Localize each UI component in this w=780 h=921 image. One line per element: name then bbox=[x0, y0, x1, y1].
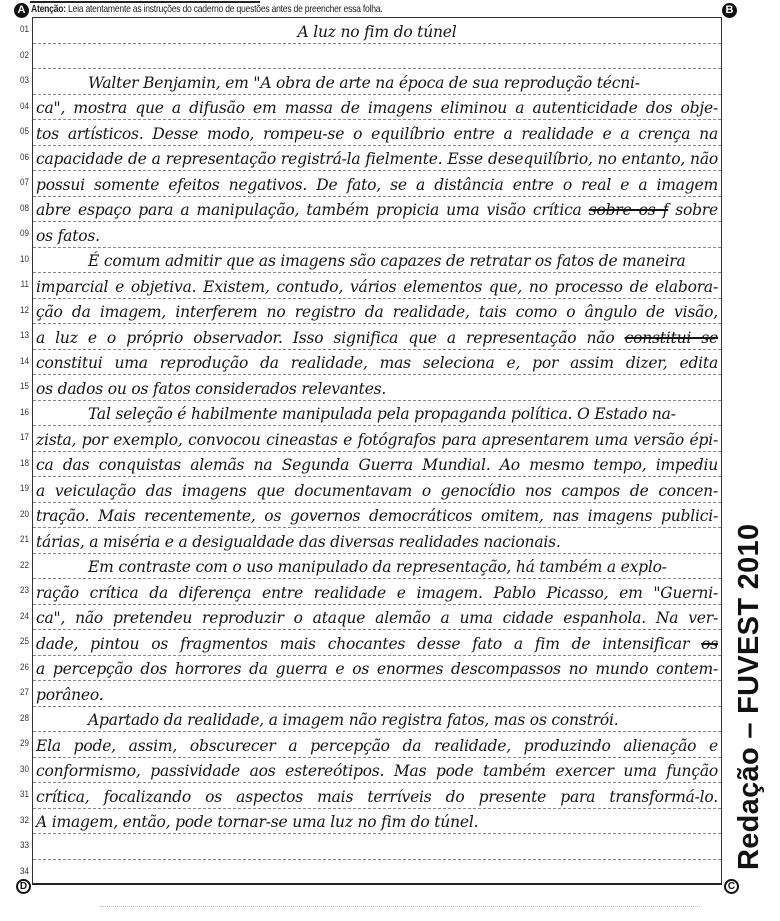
line-number: 02 bbox=[15, 50, 29, 61]
instructions-label: Atenção: bbox=[31, 3, 66, 15]
line-number: 25 bbox=[15, 636, 29, 647]
line-text-content: os fatos. bbox=[36, 227, 100, 245]
line-text: conformismo, passividade aos estereótipo… bbox=[36, 761, 718, 781]
struck-out-text: os bbox=[701, 635, 718, 653]
essay-line: 29Ela pode, assim, obscurecer a percepçã… bbox=[33, 732, 721, 758]
line-number: 24 bbox=[15, 611, 29, 622]
line-number: 18 bbox=[15, 458, 29, 469]
essay-line: 24ca", não pretendeu reproduzir o ataque… bbox=[33, 605, 721, 631]
line-text-content: A luz no fim do túnel bbox=[297, 23, 456, 41]
line-number: 32 bbox=[15, 815, 29, 826]
essay-line: 04ca", mostra que a difusão em massa de … bbox=[33, 95, 721, 121]
line-number: 34 bbox=[15, 866, 29, 877]
line-text-content: conformismo, passividade aos estereótipo… bbox=[36, 762, 718, 780]
essay-line: 26a percepção dos horrores da guerra e o… bbox=[33, 656, 721, 682]
line-number: 23 bbox=[15, 585, 29, 596]
line-number: 15 bbox=[15, 381, 29, 392]
line-text: dade, pintou os fragmentos mais chocante… bbox=[36, 634, 718, 654]
line-text-content: ção da imagem, interferem no registro da… bbox=[36, 303, 718, 321]
line-number: 06 bbox=[15, 152, 29, 163]
instructions-note: Atenção: Leia atentamente as instruções … bbox=[31, 3, 382, 15]
line-number: 30 bbox=[15, 764, 29, 775]
line-number: 12 bbox=[15, 305, 29, 316]
line-number: 33 bbox=[15, 840, 29, 851]
line-text-content: a luz e o próprio observador. Isso signi… bbox=[36, 329, 614, 347]
line-text: os dados ou os fatos considerados releva… bbox=[36, 379, 718, 399]
line-text: ca", não pretendeu reproduzir o ataque a… bbox=[36, 608, 718, 628]
essay-line: 30conformismo, passividade aos estereóti… bbox=[33, 758, 721, 784]
line-text: abre espaço para a manipulação, também p… bbox=[36, 200, 718, 220]
line-text-content: a veiculação das imagens que documentava… bbox=[36, 482, 718, 500]
instructions-text: Leia atentamente as instruções do cadern… bbox=[68, 3, 382, 15]
line-number: 01 bbox=[15, 24, 29, 35]
line-text: Em contraste com o uso manipulado da rep… bbox=[36, 557, 718, 577]
essay-line: 15os dados ou os fatos considerados rele… bbox=[33, 375, 721, 401]
line-text-content: porâneo. bbox=[36, 686, 103, 704]
line-text-content: tos artísticos. Desse modo, rompeu-se o … bbox=[36, 125, 718, 143]
essay-line: 33 bbox=[33, 834, 721, 860]
essay-line: 10É comum admitir que as imagens são cap… bbox=[33, 248, 721, 274]
line-text: Walter Benjamin, em "A obra de arte na é… bbox=[36, 73, 718, 93]
line-text: tárias, a miséria e a desigualdade das d… bbox=[36, 532, 718, 552]
line-text: ca", mostra que a difusão em massa de im… bbox=[36, 98, 718, 118]
line-text: os fatos. bbox=[36, 226, 718, 246]
line-text-content: Em contraste com o uso manipulado da rep… bbox=[88, 558, 667, 576]
line-text: tos artísticos. Desse modo, rompeu-se o … bbox=[36, 124, 718, 144]
line-number: 13 bbox=[15, 330, 29, 341]
line-number: 05 bbox=[15, 126, 29, 137]
line-text: É comum admitir que as imagens são capaz… bbox=[36, 251, 718, 271]
line-number: 21 bbox=[15, 534, 29, 545]
corner-marker-b: B bbox=[722, 3, 737, 18]
essay-line: 32A imagem, então, pode tornar-se uma lu… bbox=[33, 809, 721, 835]
line-number: 22 bbox=[15, 560, 29, 571]
corner-marker-c: C bbox=[724, 879, 739, 894]
essay-line: 27porâneo. bbox=[33, 681, 721, 707]
line-text-content: É comum admitir que as imagens são capaz… bbox=[88, 252, 686, 270]
line-number: 29 bbox=[15, 738, 29, 749]
line-text: crítica, focalizando os aspectos mais te… bbox=[36, 787, 718, 807]
line-text-content: ca", não pretendeu reproduzir o ataque a… bbox=[36, 609, 718, 627]
line-number: 28 bbox=[15, 713, 29, 724]
essay-line: 31crítica, focalizando os aspectos mais … bbox=[33, 783, 721, 809]
line-text: zista, por exemplo, convocou cineastas e… bbox=[36, 430, 718, 450]
line-text-content: Apartado da realidade, a imagem não regi… bbox=[88, 711, 618, 729]
line-text: ração crítica da diferença entre realida… bbox=[36, 583, 718, 603]
essay-line: 08abre espaço para a manipulação, também… bbox=[33, 197, 721, 223]
line-text-content: A imagem, então, pode tornar-se uma luz … bbox=[36, 813, 478, 831]
struck-out-text: sobre os f bbox=[589, 201, 668, 219]
essay-line: 19a veiculação das imagens que documenta… bbox=[33, 477, 721, 503]
essay-line: 17zista, por exemplo, convocou cineastas… bbox=[33, 426, 721, 452]
line-number: 31 bbox=[15, 789, 29, 800]
line-text-content: abre espaço para a manipulação, também p… bbox=[36, 201, 582, 219]
line-text-content: tração. Mais recentemente, os governos d… bbox=[36, 507, 718, 525]
struck-out-text: constitui se bbox=[625, 329, 718, 347]
line-number: 03 bbox=[15, 75, 29, 86]
line-text: imparcial e objetiva. Existem, contudo, … bbox=[36, 277, 718, 297]
line-text-tail: sobre bbox=[675, 201, 718, 219]
line-number: 26 bbox=[15, 662, 29, 673]
line-text-content: zista, por exemplo, convocou cineastas e… bbox=[36, 431, 718, 449]
scan-artifact bbox=[100, 906, 700, 909]
line-text: ção da imagem, interferem no registro da… bbox=[36, 302, 718, 322]
line-text-content: Walter Benjamin, em "A obra de arte na é… bbox=[88, 74, 640, 92]
essay-line: 07possui somente efeitos negativos. De f… bbox=[33, 171, 721, 197]
essay-line: 25dade, pintou os fragmentos mais chocan… bbox=[33, 630, 721, 656]
line-number: 16 bbox=[15, 407, 29, 418]
line-text: Tal seleção é habilmente manipulada pela… bbox=[36, 404, 718, 424]
corner-marker-d: D bbox=[16, 879, 31, 894]
essay-line: 22Em contraste com o uso manipulado da r… bbox=[33, 554, 721, 580]
line-number: 04 bbox=[15, 101, 29, 112]
essay-line: 20tração. Mais recentemente, os governos… bbox=[33, 503, 721, 529]
line-text: porâneo. bbox=[36, 685, 718, 705]
line-text-content: tárias, a miséria e a desigualdade das d… bbox=[36, 533, 561, 551]
line-text: A imagem, então, pode tornar-se uma luz … bbox=[36, 812, 718, 832]
line-number: 07 bbox=[15, 177, 29, 188]
line-text: a luz e o próprio observador. Isso signi… bbox=[36, 328, 718, 348]
line-number: 20 bbox=[15, 509, 29, 520]
line-text-content: os dados ou os fatos considerados releva… bbox=[36, 380, 386, 398]
essay-line: 23ração crítica da diferença entre reali… bbox=[33, 579, 721, 605]
essay-line: 14constitui uma reprodução da realidade,… bbox=[33, 350, 721, 376]
essay-line: 12ção da imagem, interferem no registro … bbox=[33, 299, 721, 325]
exam-side-label: Redação – FUVEST 2010 bbox=[732, 524, 766, 870]
line-text-content: ca das conquistas alemãs na Segunda Guer… bbox=[36, 456, 718, 474]
essay-line: 01A luz no fim do túnel bbox=[33, 18, 721, 44]
line-text-content: Ela pode, assim, obscurecer a percepção … bbox=[36, 737, 718, 755]
line-number: 27 bbox=[15, 687, 29, 698]
line-text-content: capacidade de a representação registrá-l… bbox=[36, 150, 718, 168]
line-text: a veiculação das imagens que documentava… bbox=[36, 481, 718, 501]
line-text-content: constitui uma reprodução da realidade, m… bbox=[36, 354, 718, 372]
line-text-content: ração crítica da diferença entre realida… bbox=[36, 584, 718, 602]
line-text: Ela pode, assim, obscurecer a percepção … bbox=[36, 736, 718, 756]
essay-line: 05tos artísticos. Desse modo, rompeu-se … bbox=[33, 120, 721, 146]
line-text-content: Tal seleção é habilmente manipulada pela… bbox=[88, 405, 676, 423]
line-text-content: imparcial e objetiva. Existem, contudo, … bbox=[36, 278, 718, 296]
line-text-content: dade, pintou os fragmentos mais chocante… bbox=[36, 635, 689, 653]
line-text: a percepção dos horrores da guerra e os … bbox=[36, 659, 718, 679]
essay-answer-sheet: 01A luz no fim do túnel0203Walter Benjam… bbox=[32, 17, 722, 885]
line-number: 09 bbox=[15, 228, 29, 239]
essay-line: 11imparcial e objetiva. Existem, contudo… bbox=[33, 273, 721, 299]
line-text: tração. Mais recentemente, os governos d… bbox=[36, 506, 718, 526]
line-text: Apartado da realidade, a imagem não regi… bbox=[36, 710, 718, 730]
line-text: constitui uma reprodução da realidade, m… bbox=[36, 353, 718, 373]
corner-marker-a: A bbox=[14, 3, 29, 18]
essay-title: A luz no fim do túnel bbox=[36, 22, 718, 42]
line-number: 14 bbox=[15, 356, 29, 367]
essay-line: 09os fatos. bbox=[33, 222, 721, 248]
line-number: 17 bbox=[15, 432, 29, 443]
essay-line: 13a luz e o próprio observador. Isso sig… bbox=[33, 324, 721, 350]
line-number: 10 bbox=[15, 254, 29, 265]
line-text-content: possui somente efeitos negativos. De fat… bbox=[36, 176, 718, 194]
essay-line: 21tárias, a miséria e a desigualdade das… bbox=[33, 528, 721, 554]
line-number: 19 bbox=[15, 483, 29, 494]
line-text: possui somente efeitos negativos. De fat… bbox=[36, 175, 718, 195]
essay-line: 06capacidade de a representação registrá… bbox=[33, 146, 721, 172]
essay-line: 28Apartado da realidade, a imagem não re… bbox=[33, 707, 721, 733]
essay-line: 16Tal seleção é habilmente manipulada pe… bbox=[33, 401, 721, 427]
line-text-content: a percepção dos horrores da guerra e os … bbox=[36, 660, 718, 678]
line-number: 11 bbox=[15, 279, 29, 290]
essay-line: 34 bbox=[33, 860, 721, 886]
line-text-content: ca", mostra que a difusão em massa de im… bbox=[36, 99, 718, 117]
essay-line: 02 bbox=[33, 44, 721, 70]
line-number: 08 bbox=[15, 203, 29, 214]
line-text-content: crítica, focalizando os aspectos mais te… bbox=[36, 788, 718, 806]
essay-line: 18ca das conquistas alemãs na Segunda Gu… bbox=[33, 452, 721, 478]
essay-line: 03Walter Benjamin, em "A obra de arte na… bbox=[33, 69, 721, 95]
line-text: capacidade de a representação registrá-l… bbox=[36, 149, 718, 169]
line-text: ca das conquistas alemãs na Segunda Guer… bbox=[36, 455, 718, 475]
